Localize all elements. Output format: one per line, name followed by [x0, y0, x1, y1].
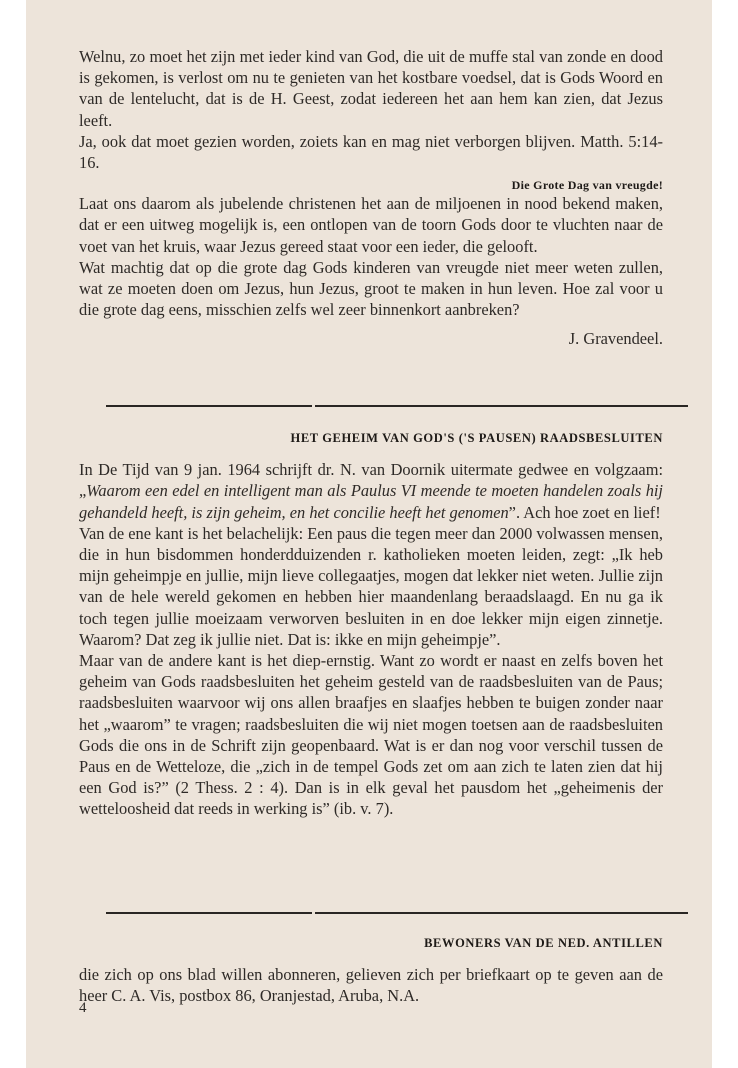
article-continuation: Welnu, zo moet het zijn met ieder kind v… [79, 46, 663, 350]
paragraph: Wat machtig dat op die grote dag Gods ki… [79, 257, 663, 321]
paragraph: die zich op ons blad willen abonneren, g… [79, 964, 663, 1006]
notice-antilles: BEWONERS VAN DE NED. ANTILLEN die zich o… [79, 933, 663, 1007]
page-number: 4 [79, 1000, 87, 1017]
paragraph: Van de ene kant is het belachelijk: Een … [79, 523, 663, 650]
paragraph: Laat ons daarom als jubelende christenen… [79, 193, 663, 257]
notice-heading: BEWONERS VAN DE NED. ANTILLEN [79, 933, 663, 954]
article-pope-secret: HET GEHEIM VAN GOD'S ('S PAUSEN) RAADSBE… [79, 428, 663, 820]
article-heading: HET GEHEIM VAN GOD'S ('S PAUSEN) RAADSBE… [79, 428, 663, 449]
intro-text-end: ”. Ach hoe zoet en lief! [509, 503, 661, 522]
subheading: Die Grote Dag van vreugde! [79, 177, 663, 193]
paragraph: Ja, ook dat moet gezien worden, zoiets k… [79, 131, 663, 173]
section-divider [106, 912, 688, 914]
paragraph: Welnu, zo moet het zijn met ieder kind v… [79, 46, 663, 131]
paragraph: Maar van de andere kant is het diep-erns… [79, 650, 663, 820]
paragraph: In De Tijd van 9 jan. 1964 schrijft dr. … [79, 459, 663, 523]
author-signature: J. Gravendeel. [79, 328, 663, 349]
document-page: Welnu, zo moet het zijn met ieder kind v… [26, 0, 712, 1068]
section-divider [106, 405, 688, 407]
